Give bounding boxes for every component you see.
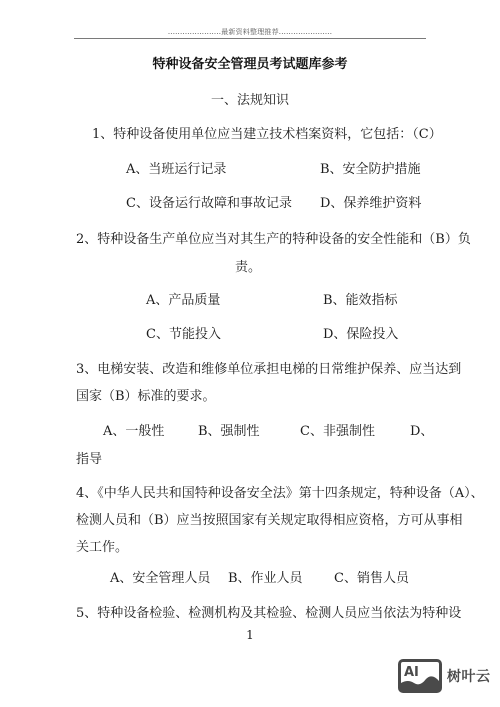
question-3-option-d: D、 (410, 424, 433, 440)
question-3-option-b: B、强制性 (198, 424, 260, 440)
question-3-option-a: A、一般性 (103, 424, 164, 440)
question-1-text: 1、特种设备使用单位应当建立技术档案资料，它包括：（C） (92, 127, 442, 143)
question-2-text-line-2: 责。 (235, 260, 261, 276)
question-1-option-c: C、设备运行故障和事故记录 (126, 196, 292, 212)
question-1-option-d: D、保养维护资料 (320, 196, 421, 212)
question-2-text-line-1: 2、特种设备生产单位应当对其生产的特种设备的安全性能和（B）负 (76, 232, 471, 248)
page-number: 1 (0, 628, 500, 642)
question-3-option-c: C、非强制性 (300, 424, 375, 440)
question-2-option-d: D、保险投入 (323, 327, 398, 343)
question-2-option-b: B、能效指标 (323, 293, 398, 309)
question-3-text-line-2: 国家（B）标准的要求。 (76, 389, 216, 405)
question-1-option-b: B、安全防护措施 (320, 162, 421, 178)
question-4-text-line-2: 检测人员和（B）应当按照国家有关规定取得相应资格，方可从事相 (76, 513, 463, 529)
watermark: AI 树叶云 (398, 659, 491, 693)
question-2-option-c: C、节能投入 (146, 327, 221, 343)
section-title: 一、法规知识 (0, 93, 500, 109)
question-4-option-b: B、作业人员 (228, 571, 303, 587)
question-4-option-a: A、安全管理人员 (110, 571, 210, 587)
question-4-text-line-3: 关工作。 (76, 540, 128, 556)
question-3-option-d-cont: 指导 (76, 452, 102, 468)
page-header-text: ......................最新资料整理推荐..........… (168, 28, 332, 36)
document-title: 特种设备安全管理员考试题库参考 (0, 57, 500, 73)
ai-image-logo-icon: AI (398, 659, 442, 693)
question-4-text-line-1: 4、《中华人民共和国特种设备安全法》第十四条规定，特种设备（A）、 (76, 486, 484, 502)
svg-text:AI: AI (404, 665, 419, 680)
question-5-text-line-1: 5、特种设备检验、检测机构及其检验、检测人员应当依法为特种设 (76, 606, 461, 622)
question-1-option-a: A、当班运行记录 (126, 162, 226, 178)
question-3-text-line-1: 3、电梯安装、改造和维修单位承担电梯的日常维护保养、应当达到 (76, 362, 461, 378)
watermark-brand: 树叶云 (447, 666, 491, 686)
question-4-option-c: C、销售人员 (334, 571, 409, 587)
question-2-option-a: A、产品质量 (146, 293, 220, 309)
page-header: ......................最新资料整理推荐..........… (74, 26, 426, 39)
